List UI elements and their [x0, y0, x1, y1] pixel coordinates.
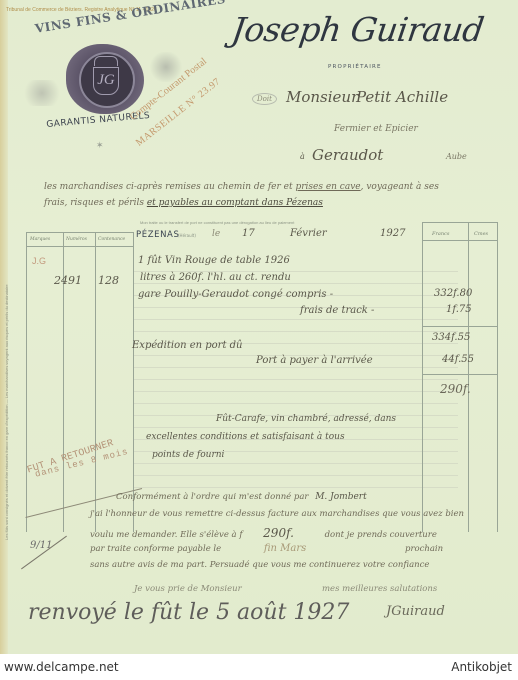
- table-col-divider: [133, 232, 134, 532]
- total-divider: [422, 374, 498, 375]
- line-item-text: 1 fût Vin Rouge de table 1926: [138, 255, 290, 266]
- note-line-3: points de fourni: [152, 450, 224, 460]
- letter-total: 290f.: [263, 526, 294, 540]
- letter-text: Conformément à l'ordre qui m'est donné p…: [116, 492, 309, 502]
- seal-monogram: JG: [93, 67, 119, 95]
- amount-border-top: [422, 222, 498, 223]
- doit-label: Doit: [252, 93, 277, 105]
- seller-watermark: Antikobjet: [451, 660, 512, 674]
- table-col-divider: [95, 232, 96, 532]
- letter-closing-end: mes meilleures salutations: [322, 584, 437, 594]
- letter-closing-start: Je vous prie de Monsieur: [134, 584, 242, 594]
- letter-line-5: sans autre avis de ma part. Persuadé que…: [90, 560, 429, 570]
- column-header-numeros: Numéros: [66, 237, 87, 242]
- image-footer: www.delcampe.net Antikobjet: [0, 654, 518, 680]
- region-label: (Hérault): [178, 233, 196, 238]
- contenance-cell: 128: [98, 274, 119, 287]
- column-header-contenance: Contenance: [98, 237, 125, 242]
- total-amount: 290f.: [440, 382, 471, 396]
- letter-line-3: voulu me demander. Elle s'élève à f 290f…: [90, 526, 437, 540]
- letter-line-1: Conformément à l'ordre qui m'est donné p…: [116, 492, 367, 502]
- date-le: le: [212, 229, 220, 239]
- star-ornament-icon: ✶: [96, 140, 104, 151]
- merchant-name: Joseph Guiraud: [229, 10, 486, 49]
- recipient-name: Petit Achille: [356, 88, 448, 106]
- subtotal-amount: 334f.55: [432, 332, 470, 343]
- legal-side-text: Les fûts sont consignés et doivent être …: [4, 284, 9, 540]
- recipient-town-prefix: à: [300, 152, 305, 161]
- city-label: PÉZENAS: [136, 230, 179, 240]
- letter-line-2: j'ai l'honneur de vous remettre ci-dessu…: [90, 509, 464, 519]
- terms-line-1: les marchandises ci-après remises au che…: [44, 182, 439, 192]
- tagline: VINS FINS & ORDINAIRES: [34, 0, 227, 36]
- terms-line-2: frais, risques et périls et payables au …: [44, 198, 323, 208]
- amount-border-left: [422, 222, 423, 532]
- note-line-2: excellentes conditions et satisfaisant à…: [146, 432, 345, 442]
- due-date: fin Mars: [264, 543, 306, 554]
- subtotal-divider: [422, 326, 498, 327]
- recipient-profession: Fermier et Epicier: [334, 124, 418, 134]
- letter-text: voulu me demander. Elle s'élève à f: [90, 530, 242, 540]
- agent-name: M. Jombert: [315, 492, 367, 502]
- line-item-text: litres à 260f. l'hl. au ct. rendu: [140, 272, 291, 283]
- table-border-top: [26, 232, 134, 233]
- line-item-amount: 1f.75: [446, 304, 472, 315]
- note-line-1: Fût-Carafe, vin chambré, adressé, dans: [216, 414, 396, 424]
- line-item-text: gare Pouilly-Geraudot congé compris -: [138, 289, 333, 300]
- line-item-amount: 332f.80: [434, 288, 472, 299]
- column-header-marques: Marques: [30, 237, 50, 242]
- source-watermark: www.delcampe.net: [4, 660, 119, 674]
- date-month: Février: [290, 228, 327, 239]
- line-item-text: frais de track -: [300, 305, 374, 316]
- column-header-francs: Francs: [432, 231, 449, 237]
- line-item-text: Expédition en port dû: [132, 340, 243, 351]
- grape-vine-icon: [18, 80, 66, 106]
- signature: JGuiraud: [386, 604, 445, 619]
- recipient-town: Geraudot: [312, 146, 383, 164]
- fine-print: Mon traite ou le transfert de port ne co…: [140, 220, 294, 225]
- terms-text: , voyageant à ses: [361, 182, 439, 192]
- recipient-salutation: Monsieur: [286, 88, 358, 106]
- amount-header-divider: [422, 240, 498, 241]
- date-year: 1927: [380, 228, 405, 239]
- terms-text: frais, risques et périls: [44, 198, 144, 208]
- letter-text: par traite conforme payable le: [90, 544, 221, 554]
- line-item-text: Port à payer à l'arrivée: [256, 355, 373, 366]
- table-border-left: [26, 232, 27, 532]
- table-header-divider: [26, 246, 134, 247]
- date-day: 17: [242, 228, 255, 239]
- terms-text: les marchandises ci-après remises au che…: [44, 182, 293, 192]
- terms-underlined: prises en cave: [295, 182, 360, 192]
- invoice-document: Tribunal de Commerce de Béziers. Registr…: [0, 0, 518, 654]
- letter-text: dont je prends couverture: [325, 530, 437, 540]
- amount-border-right: [497, 222, 498, 532]
- number-cell: 2491: [54, 274, 82, 287]
- mark-cell: J.G: [32, 256, 46, 266]
- column-header-centimes: Cmes: [474, 231, 488, 237]
- letter-text: prochain: [405, 544, 443, 554]
- letter-line-4: par traite conforme payable le fin Mars …: [90, 543, 443, 554]
- line-item-amount: 44f.55: [442, 354, 474, 365]
- crown-icon: [94, 56, 118, 66]
- return-annotation: renvoyé le fût le 5 août 1927: [28, 600, 349, 625]
- merchant-title: PROPRIÉTAIRE: [328, 64, 382, 70]
- amount-col-divider: [468, 222, 469, 532]
- payment-place: et payables au comptant dans Pézenas: [147, 198, 323, 208]
- recipient-department: Aube: [446, 152, 467, 161]
